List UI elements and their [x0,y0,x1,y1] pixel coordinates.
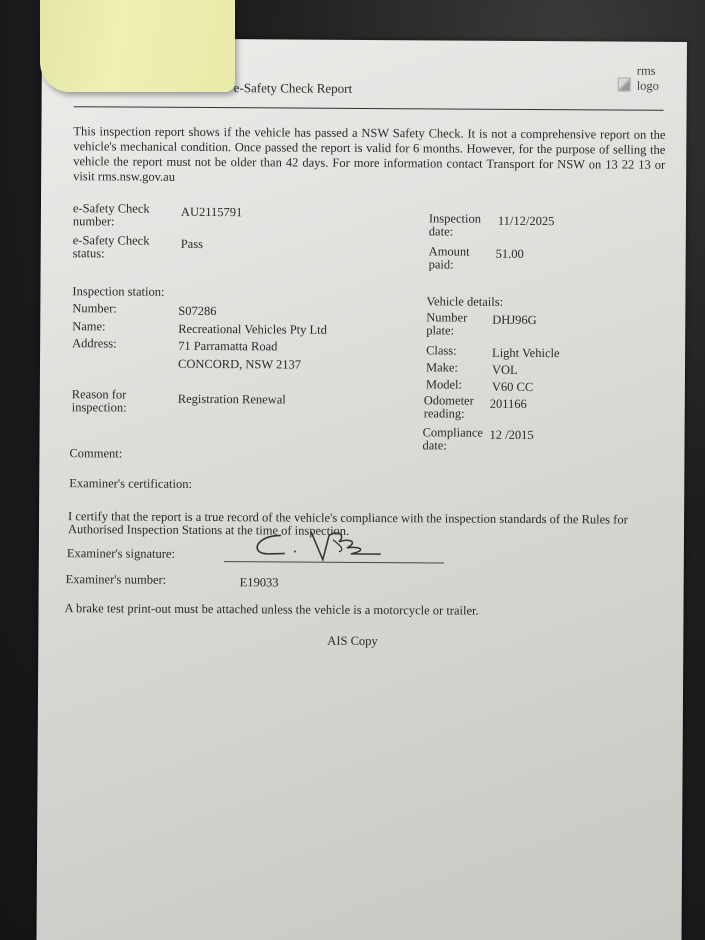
station-address-line2: CONCORD, NSW 2137 [178,357,301,372]
plate-label: Number plate: [426,311,481,337]
examiner-number-label: Examiner's number: [66,572,167,587]
check-status-label: e-Safety Check status: [73,234,163,261]
station-address-line1: 71 Parramatta Road [178,339,277,354]
rms-logo-placeholder: rms logo [618,64,671,94]
sticky-note [40,0,235,92]
report-title: e-Safety Check Report [234,81,352,96]
reason-value: Registration Renewal [178,392,286,407]
station-number-value: S07286 [178,304,216,318]
amount-paid-label: Amount paid: [429,245,489,271]
station-name-label: Name: [72,319,105,333]
examiner-number-value: E19033 [240,575,279,589]
model-label: Model: [426,377,462,391]
check-number-value: AU2115791 [181,205,242,219]
certification-heading: Examiner's certification: [69,476,192,491]
copy-label: AIS Copy [327,634,377,648]
station-number-label: Number: [72,301,117,315]
station-address-label: Address: [72,336,117,350]
signature-label: Examiner's signature: [67,546,175,561]
inspection-report-page: e-Safety Check Report rms logo This insp… [36,38,686,940]
reason-label: Reason for inspection: [72,388,142,414]
broken-image-icon [618,78,631,92]
compliance-value: 12 /2015 [490,428,534,442]
header-divider [74,106,664,111]
station-heading: Inspection station: [72,284,164,299]
check-status-value: Pass [181,237,203,251]
amount-paid-value: 51.00 [496,247,524,261]
class-value: Light Vehicle [492,346,560,360]
make-value: VOL [492,363,518,377]
make-label: Make: [426,360,458,374]
check-number-label: e-Safety Check number: [73,202,163,229]
vehicle-heading: Vehicle details: [426,294,503,308]
intro-paragraph: This inspection report shows if the vehi… [73,124,665,188]
inspection-date-value: 11/12/2025 [498,214,555,228]
model-value: V60 CC [492,380,533,394]
odometer-label: Odometer reading: [424,394,484,420]
plate-value: DHJ96G [492,313,537,327]
station-name-value: Recreational Vehicles Pty Ltd [178,322,327,337]
brake-test-note: A brake test print-out must be attached … [64,601,478,618]
inspection-date-label: Inspection date: [429,212,489,238]
class-label: Class: [426,343,457,357]
comment-label: Comment: [69,446,122,460]
compliance-label: Compliance date: [422,426,488,452]
logo-alt-text: rms logo [637,64,671,94]
odometer-value: 201166 [490,397,527,411]
